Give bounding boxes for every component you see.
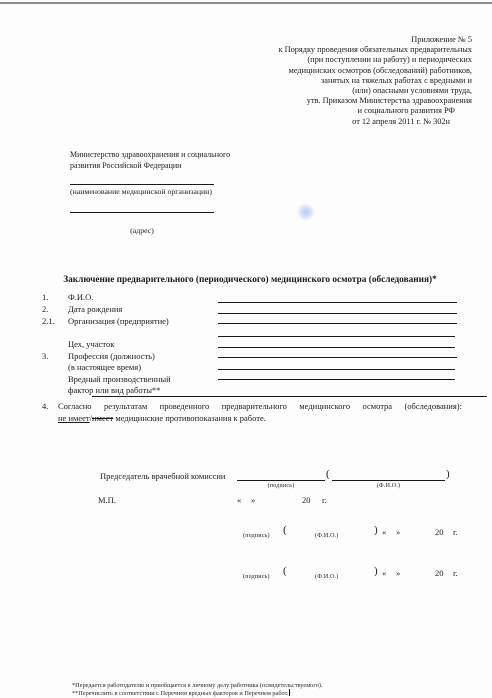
date-year: 20	[435, 568, 444, 578]
date-quote-close: »	[396, 527, 400, 537]
profession-fill-line[interactable]	[218, 357, 457, 358]
stamp-place-label: М.П.	[98, 495, 116, 505]
header-line: (или) опасными условиями труда,	[172, 86, 472, 96]
header-reference-block: Приложение № 5 к Порядку проведения обяз…	[172, 35, 472, 127]
header-line: занятых на тяжелых работах с вредными и	[172, 76, 472, 86]
name-caption: (Ф.И.О.)	[332, 483, 445, 489]
header-line: и социального развития РФ	[172, 106, 472, 116]
footnote-line: *Передается работодателю и приобщается к…	[72, 682, 323, 689]
date-quote-open: «	[382, 527, 386, 537]
ministry-line: развития Российской Федерации	[70, 161, 235, 172]
text-cursor	[289, 689, 290, 696]
header-line: медицинских осмотров (обследований) рабо…	[172, 66, 472, 76]
field-label-profession-note: (в настоящее время)	[68, 362, 141, 372]
item-number: 2.	[42, 304, 48, 314]
date-year: 20	[435, 527, 444, 537]
item-number: 1.	[42, 292, 48, 302]
chairman-name-line[interactable]	[332, 480, 445, 481]
date-year-suffix: г.	[322, 495, 327, 505]
date-quote-close: »	[396, 568, 400, 578]
item-number: 4.	[42, 401, 48, 411]
member-close-paren: )	[374, 567, 378, 576]
address-caption: (адрес)	[70, 226, 214, 235]
field-label-workshop: Цех, участок	[68, 339, 114, 349]
name-caption: (Ф.И.О.)	[315, 533, 339, 539]
header-line: от 12 апреля 2011 г. № 302н	[172, 117, 472, 127]
field-label-hazard-factor-2: фактор или вид работы**	[68, 385, 160, 395]
signature-caption: (подпись)	[243, 574, 270, 580]
footnotes-block: *Передается работодателю и приобщается к…	[72, 682, 323, 698]
chairman-open-paren: (	[326, 470, 330, 479]
option-has-no-contraindications[interactable]: не имеет	[58, 413, 90, 423]
signature-caption: (подпись)	[243, 533, 270, 539]
member-close-paren: )	[374, 526, 378, 535]
header-line: (при поступлении на работу) и периодичес…	[172, 55, 472, 65]
field-label-organization: Организация (предприятие)	[68, 316, 169, 326]
hazard-factor-fill-line-wide[interactable]	[92, 396, 487, 397]
conclusion-options: не имеет/имеет медицинские противопоказа…	[58, 413, 266, 423]
page-top-border	[0, 2, 492, 4]
date-year: 20	[302, 495, 311, 505]
ministry-line: Министерство здравоохранения и социально…	[70, 150, 235, 161]
date-quote-open: «	[237, 495, 241, 505]
name-caption: (Ф.И.О.)	[315, 574, 339, 580]
footnote-line: **Перечислить в соответствии с Перечнем …	[72, 689, 323, 697]
org-name-fill-line[interactable]	[70, 184, 214, 185]
date-year-suffix: г.	[453, 527, 458, 537]
birthdate-fill-line[interactable]	[218, 313, 457, 314]
document-page: { "colors": { "page_bg": "#fdfdfd", "tex…	[0, 0, 492, 698]
chairman-label: Председатель врачебной комиссии	[100, 471, 225, 481]
document-title: Заключение предварительного (периодическ…	[25, 275, 475, 285]
chairman-signature-line[interactable]	[237, 480, 325, 481]
organization-fill-line-2[interactable]	[218, 336, 455, 337]
field-label-profession: Профессия (должность)	[68, 351, 155, 361]
member-open-paren: (	[283, 526, 287, 535]
item-number: 2.1.	[42, 316, 55, 326]
ministry-block: Министерство здравоохранения и социально…	[70, 150, 235, 171]
hazard-factor-fill-line[interactable]	[218, 379, 455, 380]
member-open-paren: (	[283, 567, 287, 576]
field-label-fio: Ф.И.О.	[68, 292, 93, 302]
signature-caption: (подпись)	[237, 483, 325, 489]
profession-fill-line-2[interactable]	[218, 369, 455, 370]
fio-fill-line[interactable]	[218, 302, 457, 303]
workshop-fill-line[interactable]	[218, 347, 455, 348]
header-line: к Порядку проведения обязательных предва…	[172, 45, 472, 55]
blue-smudge-artifact	[297, 203, 315, 221]
field-label-birthdate: Дата рождения	[68, 304, 122, 314]
chairman-close-paren: )	[446, 470, 450, 479]
date-quote-close: »	[251, 495, 255, 505]
date-quote-open: «	[382, 568, 386, 578]
conclusion-tail: медицинские противопоказания к работе.	[113, 413, 266, 423]
header-line: Приложение № 5	[172, 35, 472, 45]
org-name-caption: (наименование медицинской организации)	[70, 187, 212, 196]
date-year-suffix: г.	[453, 568, 458, 578]
field-label-hazard-factor: Вредный производственный	[68, 374, 171, 384]
item-number: 3.	[42, 351, 48, 361]
option-has-contraindications[interactable]: имеет	[92, 413, 113, 423]
conclusion-intro: Согласно результатам проведенного предва…	[58, 401, 462, 411]
organization-fill-line[interactable]	[218, 323, 457, 324]
address-fill-line[interactable]	[70, 212, 214, 213]
header-line: утв. Приказом Министерства здравоохранен…	[172, 96, 472, 106]
